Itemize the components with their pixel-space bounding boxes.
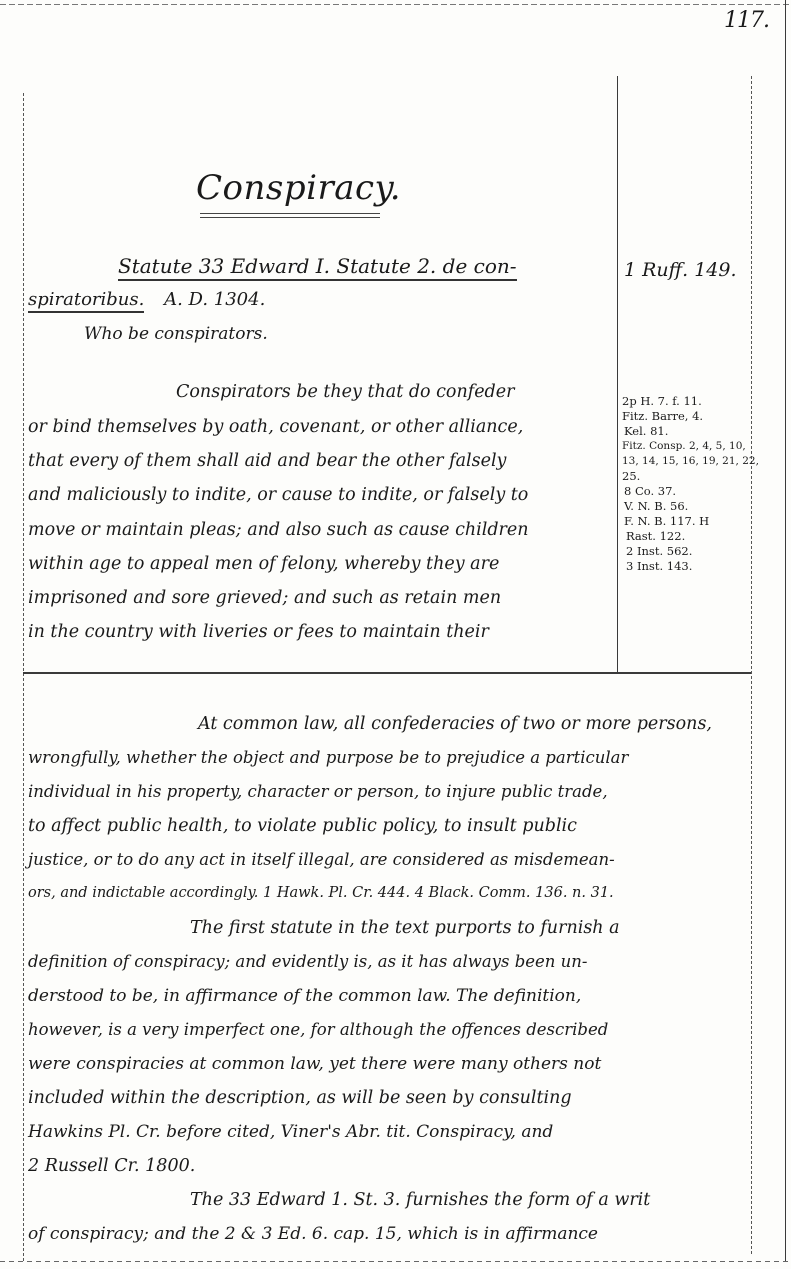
statute-line: or bind themselves by oath, covenant, or… <box>28 419 523 437</box>
commentary-line: The 33 Edward 1. St. 3. furnishes the fo… <box>190 1192 650 1210</box>
margin-reference-top: 1 Ruff. 149. <box>624 259 737 281</box>
left-frame-border <box>23 93 24 1261</box>
statute-line: move or maintain pleas; and also such as… <box>28 522 529 540</box>
commentary-line: The first statute in the text purports t… <box>190 920 620 938</box>
margin-reference: 13, 14, 15, 16, 19, 21, 22, <box>622 456 759 467</box>
margin-reference: V. N. B. 56. <box>624 501 688 513</box>
title-underline <box>200 213 380 218</box>
statute-subheading: Who be conspirators. <box>84 324 268 344</box>
margin-reference: 25. <box>622 471 640 483</box>
statute-heading-line2: spiratoribus. A. D. 1304. <box>28 289 265 310</box>
right-frame-border-inner <box>751 76 752 1256</box>
margin-reference: 3 Inst. 143. <box>626 561 692 573</box>
commentary-line: definition of conspiracy; and evidently … <box>28 954 588 971</box>
margin-reference: 2p H. 7. f. 11. <box>622 396 702 408</box>
commentary-line: however, is a very imperfect one, for al… <box>28 1022 608 1039</box>
commentary-line: 2 Russell Cr. 1800. <box>28 1158 195 1176</box>
commentary-line: At common law, all confederacies of two … <box>198 716 712 734</box>
margin-column-divider <box>617 76 618 673</box>
commentary-line: included within the description, as will… <box>28 1090 572 1108</box>
statute-line: Conspirators be they that do confeder <box>176 384 514 402</box>
commentary-line: justice, or to do any act in itself ille… <box>28 852 615 869</box>
commentary-line: Hawkins Pl. Cr. before cited, Viner's Ab… <box>28 1124 553 1141</box>
margin-reference: F. N. B. 117. H <box>624 516 709 528</box>
commentary-line: of conspiracy; and the 2 & 3 Ed. 6. cap.… <box>28 1226 598 1243</box>
commentary-line: were conspiracies at common law, yet the… <box>28 1056 601 1073</box>
statute-line: imprisoned and sore grieved; and such as… <box>28 590 501 608</box>
statute-line: within age to appeal men of felony, wher… <box>28 556 499 574</box>
right-frame-border-outer <box>785 0 786 1262</box>
top-edge-line <box>0 4 791 5</box>
margin-reference: Rast. 122. <box>626 531 685 543</box>
statute-heading-date: A. D. 1304. <box>164 289 265 310</box>
commentary-line: derstood to be, in affirmance of the com… <box>28 988 581 1005</box>
bottom-frame-border <box>0 1261 791 1262</box>
statute-line: that every of them shall aid and bear th… <box>28 453 506 471</box>
margin-reference: Fitz. Consp. 2, 4, 5, 10, <box>622 441 746 452</box>
margin-reference: 2 Inst. 562. <box>626 546 692 558</box>
commentary-line: ors, and indictable accordingly. 1 Hawk.… <box>28 886 614 901</box>
statute-heading-line1: Statute 33 Edward I. Statute 2. de con- <box>118 254 517 278</box>
margin-reference: 8 Co. 37. <box>624 486 676 498</box>
statute-line: and maliciously to indite, or cause to i… <box>28 487 528 505</box>
statute-heading-underlined: spiratoribus. <box>28 289 144 313</box>
page-title: Conspiracy. <box>196 168 401 208</box>
commentary-line: wrongfully, whether the object and purpo… <box>28 750 628 767</box>
page-number: 117. <box>724 8 769 33</box>
statute-heading-text: Statute 33 Edward I. Statute 2. de con- <box>118 254 517 281</box>
commentary-line: individual in his property, character or… <box>28 784 608 801</box>
section-divider <box>23 672 751 674</box>
commentary-line: to affect public health, to violate publ… <box>28 818 577 836</box>
margin-reference: Kel. 81. <box>624 426 668 438</box>
margin-reference: Fitz. Barre, 4. <box>622 411 703 423</box>
statute-line: in the country with liveries or fees to … <box>28 624 489 642</box>
